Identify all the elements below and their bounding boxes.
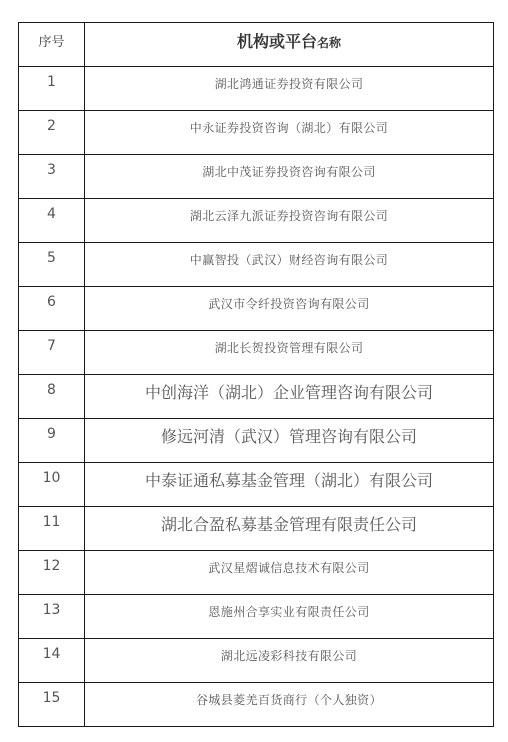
row-institution-name: 中创海洋（湖北）企业管理咨询有限公司 [85,375,494,419]
table-row: 14湖北远凌彩科技有限公司 [19,639,494,683]
table-row: 7湖北长贺投资管理有限公司 [19,331,494,375]
row-institution-name: 中永证券投资咨询（湖北）有限公司 [85,111,494,155]
row-index: 8 [19,375,85,419]
table-row: 10中泰证通私募基金管理（湖北）有限公司 [19,463,494,507]
row-institution-name: 湖北长贺投资管理有限公司 [85,331,494,375]
header-name: 机构或平台名称 [85,23,494,67]
row-institution-name: 湖北云泽九派证券投资咨询有限公司 [85,199,494,243]
row-institution-name: 湖北中茂证券投资咨询有限公司 [85,155,494,199]
row-index: 9 [19,419,85,463]
table-row: 1湖北鸿通证券投资有限公司 [19,67,494,111]
row-index: 5 [19,243,85,287]
table-row: 11湖北合盈私募基金管理有限责任公司 [19,507,494,551]
row-index: 1 [19,67,85,111]
row-index: 15 [19,683,85,727]
row-institution-name: 中赢智投（武汉）财经咨询有限公司 [85,243,494,287]
row-institution-name: 湖北鸿通证券投资有限公司 [85,67,494,111]
row-index: 4 [19,199,85,243]
table-body: 1湖北鸿通证券投资有限公司2中永证券投资咨询（湖北）有限公司3湖北中茂证券投资咨… [19,67,494,727]
table-row: 9修远河清（武汉）管理咨询有限公司 [19,419,494,463]
row-institution-name: 湖北远凌彩科技有限公司 [85,639,494,683]
row-institution-name: 谷城县菱羌百货商行（个人独资） [85,683,494,727]
row-index: 7 [19,331,85,375]
table-row: 2中永证券投资咨询（湖北）有限公司 [19,111,494,155]
table-row: 3湖北中茂证券投资咨询有限公司 [19,155,494,199]
institution-list-table: 序号 机构或平台名称 1湖北鸿通证券投资有限公司2中永证券投资咨询（湖北）有限公… [18,22,494,727]
header-name-main: 机构或平台 [237,32,317,51]
header-name-suffix: 名称 [317,36,341,50]
row-institution-name: 中泰证通私募基金管理（湖北）有限公司 [85,463,494,507]
table-row: 12武汉星熠诚信息技术有限公司 [19,551,494,595]
row-index: 6 [19,287,85,331]
row-institution-name: 武汉星熠诚信息技术有限公司 [85,551,494,595]
row-institution-name: 恩施州合享实业有限责任公司 [85,595,494,639]
row-institution-name: 修远河清（武汉）管理咨询有限公司 [85,419,494,463]
header-index: 序号 [19,23,85,67]
table-header-row: 序号 机构或平台名称 [19,23,494,67]
table-row: 4湖北云泽九派证券投资咨询有限公司 [19,199,494,243]
table-row: 15谷城县菱羌百货商行（个人独资） [19,683,494,727]
table-row: 5中赢智投（武汉）财经咨询有限公司 [19,243,494,287]
row-index: 3 [19,155,85,199]
row-index: 11 [19,507,85,551]
table-row: 8中创海洋（湖北）企业管理咨询有限公司 [19,375,494,419]
row-index: 14 [19,639,85,683]
row-index: 10 [19,463,85,507]
row-index: 12 [19,551,85,595]
row-index: 2 [19,111,85,155]
row-institution-name: 湖北合盈私募基金管理有限责任公司 [85,507,494,551]
row-index: 13 [19,595,85,639]
table-row: 6武汉市令纤投资咨询有限公司 [19,287,494,331]
table-row: 13恩施州合享实业有限责任公司 [19,595,494,639]
row-institution-name: 武汉市令纤投资咨询有限公司 [85,287,494,331]
